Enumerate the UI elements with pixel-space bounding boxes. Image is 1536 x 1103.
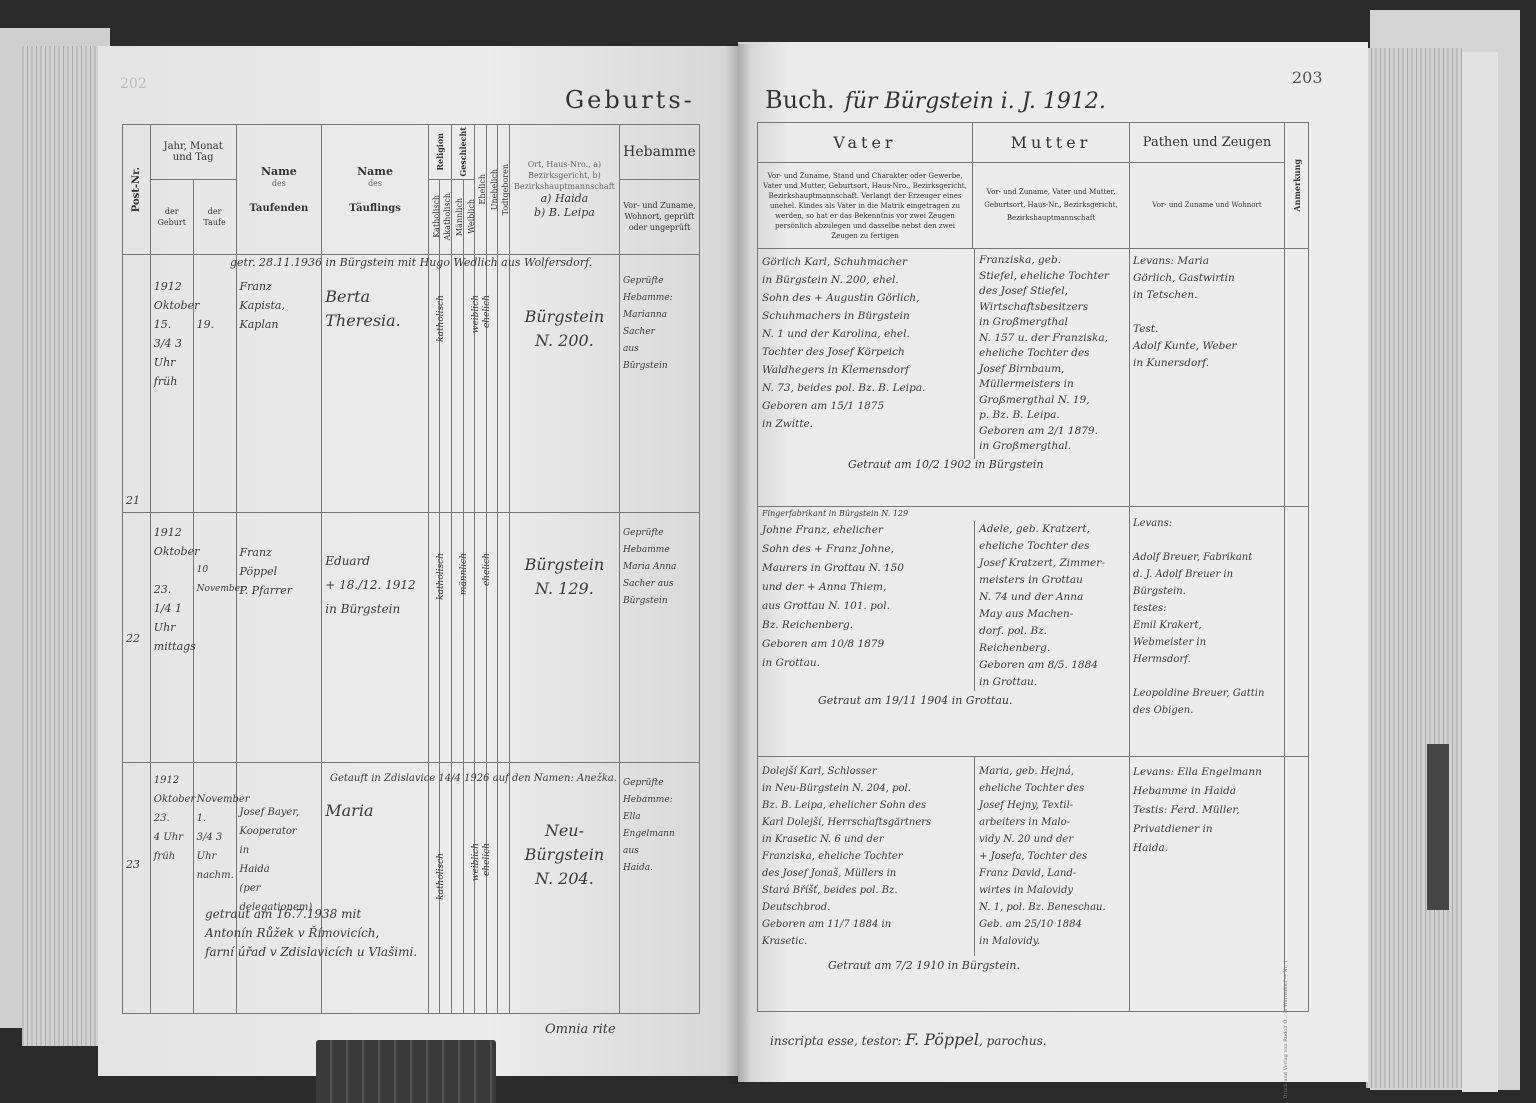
header-child: Name des Täuflings <box>322 125 429 255</box>
margin-note-21: getr. 28.11.1936 in Bürgstein mit Hugo W… <box>230 256 592 269</box>
entry-child: Eduard + 18./12. 1912 in Bürgstein <box>322 512 429 762</box>
page-stack-right <box>1366 48 1462 1088</box>
page-title-left: Geburts- <box>565 86 695 114</box>
header-acatholic: Akatholisch <box>440 179 452 254</box>
entry-legit: ehelich <box>475 762 487 1013</box>
entry-birth: 1912 Oktober 15. 3/4 3 Uhr früh <box>150 254 193 512</box>
entry-child: Berta Theresia. <box>322 254 429 512</box>
entry-sex: männlich <box>452 512 464 762</box>
entry-baptism: 10 November <box>193 512 236 762</box>
header-illegit: Unehelich <box>486 125 498 255</box>
entry-remarks <box>1285 249 1309 507</box>
header-midwife-sub: Vor- und Zuname, Wohnort, geprüft oder u… <box>619 179 699 254</box>
header-father-sub: Vor- und Zuname, Stand und Charakter ode… <box>758 163 973 249</box>
entry-remarks <box>1285 507 1309 757</box>
entry-post-nr: 22 <box>123 512 151 762</box>
entry-birth: 1912 Oktober 23. 1/4 1 Uhr mittags <box>150 512 193 762</box>
header-father: Vater <box>758 123 973 163</box>
table-row: Fingerfabrikant in Bürgstein N. 129 John… <box>758 507 1309 757</box>
entry-legit: ehelich <box>475 512 487 762</box>
header-religion: Religion <box>428 125 451 180</box>
header-legit: Ehelich <box>475 125 487 255</box>
table-row: Dolejší Karl, Schlosser in Neu-Bürgstein… <box>758 757 1309 1012</box>
marriage-note-23: getraut am 16.7.1938 mit Antonín Růžek v… <box>205 905 417 962</box>
header-date: Jahr, Monat und Tag <box>150 125 236 180</box>
entry-mother: Franziska, geb. Stiefel, eheliche Tochte… <box>975 249 1129 459</box>
header-mother-sub: Vor- und Zuname, Vater und Mutter, Gebur… <box>973 163 1130 249</box>
header-post-nr: Post-Nr. <box>123 125 151 255</box>
entry-place: Bürgstein N. 200. <box>509 254 619 512</box>
entry-godparents: Levans: Adolf Breuer, Fabrikant d. J. Ad… <box>1130 507 1285 757</box>
entry-married: Getraut am 19/11 1904 in Grottau. <box>758 691 1129 710</box>
entry-father: Görlich Karl, Schuhmacher in Bürgstein N… <box>758 249 975 459</box>
entry-religion: katholisch <box>428 254 440 512</box>
table-row: 23 1912 Oktober 23. 4 Uhr früh November … <box>123 762 700 1013</box>
entry-sex: weiblich <box>463 254 475 512</box>
entry-father: Dolejší Karl, Schlosser in Neu-Bürgstein… <box>758 757 975 956</box>
entry-godparents: Levans: Maria Görlich, Gastwirtin in Tet… <box>1130 249 1285 507</box>
entry-midwife: Geprüfte Hebamme Maria Anna Sacher aus B… <box>619 512 699 762</box>
entry-baptism: November 1. 3/4 3 Uhr nachm. <box>193 762 236 1013</box>
table-row: 21 1912 Oktober 15. 3/4 3 Uhr früh 19. F… <box>123 254 700 512</box>
header-godparents: Pathen und Zeugen <box>1130 123 1285 163</box>
header-date-birth: der Geburt <box>150 179 193 254</box>
book-gutter <box>725 44 751 1084</box>
title-handwritten: für Bürgstein i. J. 1912. <box>845 89 1106 114</box>
footer-right-suffix: , parochus. <box>979 1034 1047 1048</box>
entry-midwife: Geprüfte Hebamme: Ella Engelmann aus Hai… <box>619 762 699 1013</box>
entry-father-note: Fingerfabrikant in Bürgstein N. 129 <box>758 507 1129 521</box>
book-clamp <box>316 1040 496 1103</box>
entry-baptizer: Franz Pöppel P. Pfarrer <box>236 512 322 762</box>
printer-imprint: Druck und Verlag von Rudolf Ö... in Warn… <box>1283 960 1289 1099</box>
entry-religion: katholisch <box>428 512 440 762</box>
table-row: Görlich Karl, Schuhmacher in Bürgstein N… <box>758 249 1309 507</box>
signature: F. Pöppel <box>905 1030 979 1049</box>
footer-left: Omnia rite <box>545 1022 616 1037</box>
entry-place: Neu- Bürgstein N. 204. <box>509 762 619 1013</box>
page-number: 203 <box>1292 68 1323 87</box>
page-edge-strip <box>1462 52 1498 1092</box>
header-stillborn: Todtgeboren <box>498 125 510 255</box>
header-mother: Mutter <box>973 123 1130 163</box>
entry-baptizer: Franz Kapista, Kaplan <box>236 254 322 512</box>
entry-place: Bürgstein N. 129. <box>509 512 619 762</box>
left-page-number: 202 <box>120 76 147 92</box>
entry-sex: weiblich <box>463 762 475 1013</box>
table-row: 22 1912 Oktober 23. 1/4 1 Uhr mittags 10… <box>123 512 700 762</box>
header-baptizer: Name des Taufenden <box>236 125 322 255</box>
right-register-table: Vater Mutter Pathen und Zeugen Anmerkung… <box>757 122 1309 1012</box>
header-place: Ort, Haus-Nro., a) Bezirksgericht, b) Be… <box>509 125 619 255</box>
entry-mother: Adele, geb. Kratzert, eheliche Tochter d… <box>975 521 1129 691</box>
entry-post-nr: 21 <box>123 254 151 512</box>
page-title-right: Buch.für Bürgstein i. J. 1912. <box>765 86 1106 114</box>
margin-note-23: Getauft in Zdislavice 14/4 1926 auf den … <box>330 773 617 784</box>
header-remarks: Anmerkung <box>1285 123 1309 249</box>
footer-right: inscripta esse, testor: F. Pöppel, paroc… <box>770 1030 1047 1049</box>
header-date-baptism: der Taufe <box>193 179 236 254</box>
header-catholic: Katholisch <box>428 179 440 254</box>
entry-child: Maria <box>322 762 429 1013</box>
header-female: Weiblich <box>463 179 475 254</box>
entry-father: Johne Franz, ehelicher Sohn des + Franz … <box>758 521 975 691</box>
header-male: Männlich <box>452 179 464 254</box>
entry-married: Getraut am 7/2 1910 in Bürgstein. <box>758 956 1129 975</box>
title-printed: Buch. <box>765 86 835 114</box>
entry-religion: katholisch <box>428 762 440 1013</box>
entry-mother: Maria, geb. Hejná, eheliche Tochter des … <box>975 757 1129 956</box>
entry-post-nr: 23 <box>123 762 151 1013</box>
entry-godparents: Levans: Ella Engelmann Hebamme in Haida … <box>1130 757 1285 1012</box>
header-sex: Geschlecht <box>452 125 475 180</box>
header-midwife: Hebamme <box>619 125 699 180</box>
entry-legit: ehelich <box>475 254 487 512</box>
entry-birth: 1912 Oktober 23. 4 Uhr früh <box>150 762 193 1013</box>
entry-midwife: Geprüfte Hebamme: Marianna Sacher aus Bü… <box>619 254 699 512</box>
page-stack-left <box>22 46 100 1046</box>
header-godparents-sub: Vor- und Zuname und Wohnort <box>1130 163 1285 249</box>
footer-right-prefix: inscripta esse, testor: <box>770 1034 902 1048</box>
tab-marker <box>1427 744 1449 910</box>
entry-baptism: 19. <box>193 254 236 512</box>
